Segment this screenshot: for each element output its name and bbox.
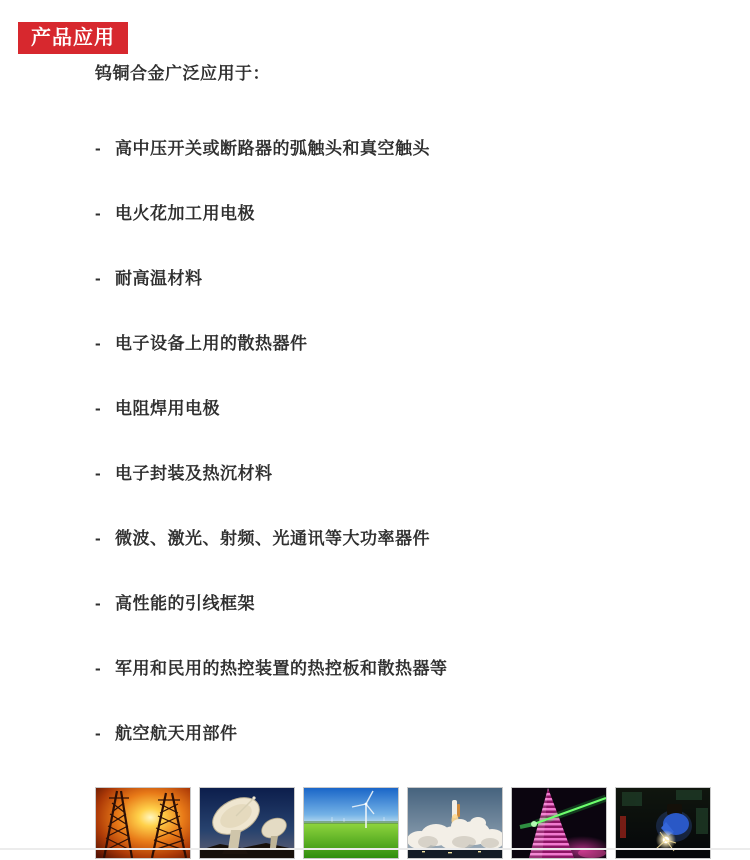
list-item-text: 航空航天用部件 xyxy=(115,722,238,745)
bullet-dash: - xyxy=(95,397,115,420)
list-item-text: 微波、激光、射频、光通讯等大功率器件 xyxy=(115,527,430,550)
list-item: - 电子设备上用的散热器件 xyxy=(95,332,710,355)
list-item-text: 高中压开关或断路器的弧触头和真空触头 xyxy=(115,137,430,160)
intro-text: 钨铜合金广泛应用于： xyxy=(95,62,710,85)
bullet-dash: - xyxy=(95,657,115,680)
applications-section: 钨铜合金广泛应用于： - 高中压开关或断路器的弧触头和真空触头 - 电火花加工用… xyxy=(95,62,710,859)
section-title-badge: 产品应用 xyxy=(18,22,128,54)
list-item: - 微波、激光、射频、光通讯等大功率器件 xyxy=(95,527,710,550)
bullet-dash: - xyxy=(95,332,115,355)
list-item: - 耐高温材料 xyxy=(95,267,710,290)
list-item-text: 耐高温材料 xyxy=(115,267,203,290)
list-item: - 电火花加工用电极 xyxy=(95,202,710,225)
list-item: - 电阻焊用电极 xyxy=(95,397,710,420)
list-item-text: 军用和民用的热控装置的热控板和散热器等 xyxy=(115,657,448,680)
bullet-dash: - xyxy=(95,592,115,615)
bullet-dash: - xyxy=(95,527,115,550)
list-item: - 高中压开关或断路器的弧触头和真空触头 xyxy=(95,137,710,160)
bottom-divider xyxy=(0,848,750,850)
list-item-text: 电火花加工用电极 xyxy=(115,202,255,225)
list-item-text: 电阻焊用电极 xyxy=(115,397,220,420)
list-item-text: 电子封装及热沉材料 xyxy=(115,462,273,485)
list-item: - 电子封装及热沉材料 xyxy=(95,462,710,485)
bullet-dash: - xyxy=(95,137,115,160)
list-item-text: 电子设备上用的散热器件 xyxy=(115,332,308,355)
section-title: 产品应用 xyxy=(31,27,115,49)
bullet-dash: - xyxy=(95,267,115,290)
bullet-dash: - xyxy=(95,462,115,485)
bullet-dash: - xyxy=(95,202,115,225)
list-item: - 高性能的引线框架 xyxy=(95,592,710,615)
list-item-text: 高性能的引线框架 xyxy=(115,592,255,615)
bullet-dash: - xyxy=(95,722,115,745)
list-item: - 航空航天用部件 xyxy=(95,722,710,745)
list-item: - 军用和民用的热控装置的热控板和散热器等 xyxy=(95,657,710,680)
